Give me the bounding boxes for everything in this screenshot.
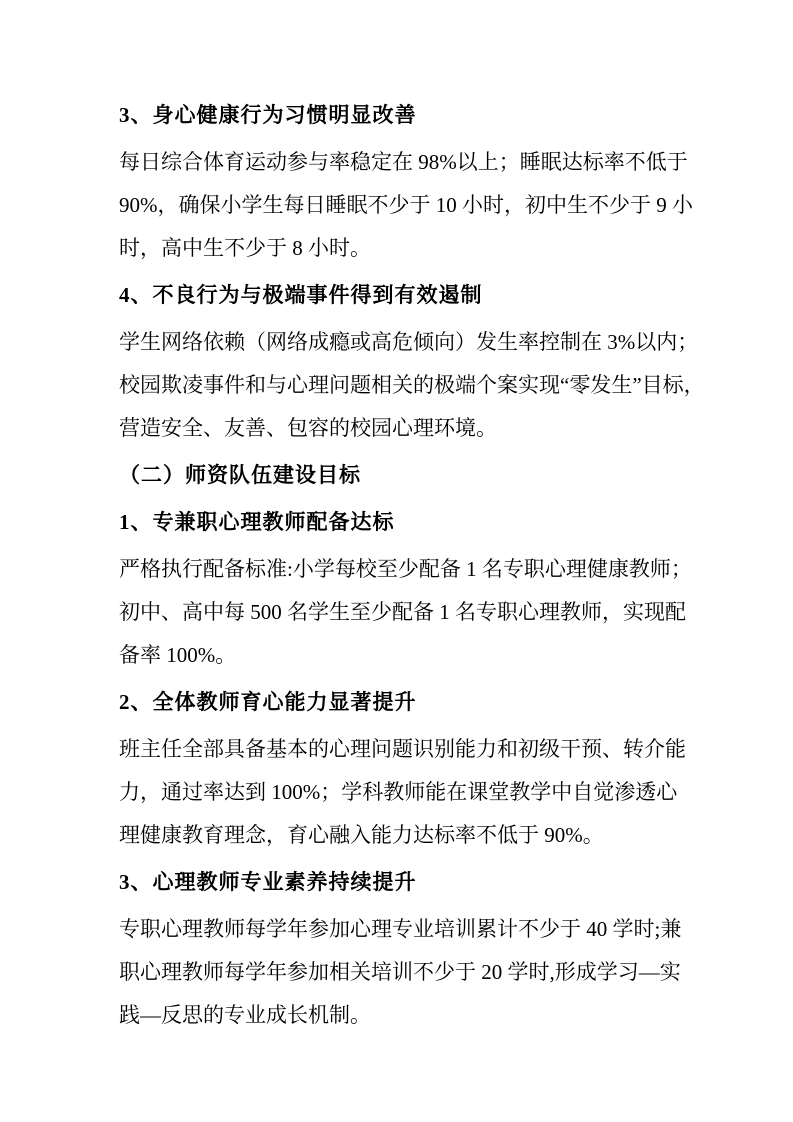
section-heading-3-behavior: 3、身心健康行为习惯明显改善: [119, 94, 673, 137]
text-line: 校园欺凌事件和与心理问题相关的极端个案实现“零发生”目标，: [119, 364, 673, 407]
text-line: 职心理教师每学年参加相关培训不少于 20 学时,形成学习—实: [119, 951, 673, 994]
heading-text: 4、不良行为与极端事件得到有效遏制: [119, 274, 673, 317]
heading-text: （二）师资队伍建设目标: [119, 454, 673, 497]
paragraph-teacher-ability: 班主任全部具备基本的心理问题识别能力和初级干预、转介能 力，通过率达到 100%…: [119, 728, 673, 857]
text-line: 力，通过率达到 100%；学科教师能在课堂教学中自觉渗透心: [119, 771, 673, 814]
section-heading-3-professional-growth: 3、心理教师专业素养持续提升: [119, 861, 673, 904]
heading-text: 3、身心健康行为习惯明显改善: [119, 94, 673, 137]
text-line: 践—反思的专业成长机制。: [119, 994, 673, 1037]
heading-text: 2、全体教师育心能力显著提升: [119, 681, 673, 724]
text-line: 学生网络依赖（网络成瘾或高危倾向）发生率控制在 3%以内；: [119, 321, 673, 364]
section-heading-4-extreme-events: 4、不良行为与极端事件得到有效遏制: [119, 274, 673, 317]
document-page: 3、身心健康行为习惯明显改善 每日综合体育运动参与率稳定在 98%以上；睡眠达标…: [0, 0, 793, 1122]
text-line: 90%，确保小学生每日睡眠不少于 10 小时，初中生不少于 9 小: [119, 184, 673, 227]
text-line: 初中、高中每 500 名学生至少配备 1 名专职心理教师，实现配: [119, 591, 673, 634]
heading-text: 1、专兼职心理教师配备达标: [119, 501, 673, 544]
text-line: 专职心理教师每学年参加心理专业培训累计不少于 40 学时;兼: [119, 908, 673, 951]
text-line: 备率 100%。: [119, 634, 673, 677]
section-heading-2-all-teachers-ability: 2、全体教师育心能力显著提升: [119, 681, 673, 724]
text-line: 班主任全部具备基本的心理问题识别能力和初级干预、转介能: [119, 728, 673, 771]
heading-text: 3、心理教师专业素养持续提升: [119, 861, 673, 904]
text-line: 严格执行配备标准:小学每校至少配备 1 名专职心理健康教师；: [119, 548, 673, 591]
section-heading-2-teacher-team: （二）师资队伍建设目标: [119, 454, 673, 497]
paragraph-extreme-events: 学生网络依赖（网络成瘾或高危倾向）发生率控制在 3%以内； 校园欺凌事件和与心理…: [119, 321, 673, 450]
text-line: 每日综合体育运动参与率稳定在 98%以上；睡眠达标率不低于: [119, 141, 673, 184]
paragraph-behavior-goals: 每日综合体育运动参与率稳定在 98%以上；睡眠达标率不低于 90%，确保小学生每…: [119, 141, 673, 270]
paragraph-staffing-standards: 严格执行配备标准:小学每校至少配备 1 名专职心理健康教师； 初中、高中每 50…: [119, 548, 673, 677]
text-line: 营造安全、友善、包容的校园心理环境。: [119, 407, 673, 450]
section-heading-1-psychology-teacher-staffing: 1、专兼职心理教师配备达标: [119, 501, 673, 544]
paragraph-training-hours: 专职心理教师每学年参加心理专业培训累计不少于 40 学时;兼 职心理教师每学年参…: [119, 908, 673, 1037]
text-line: 时，高中生不少于 8 小时。: [119, 227, 673, 270]
text-line: 理健康教育理念，育心融入能力达标率不低于 90%。: [119, 814, 673, 857]
